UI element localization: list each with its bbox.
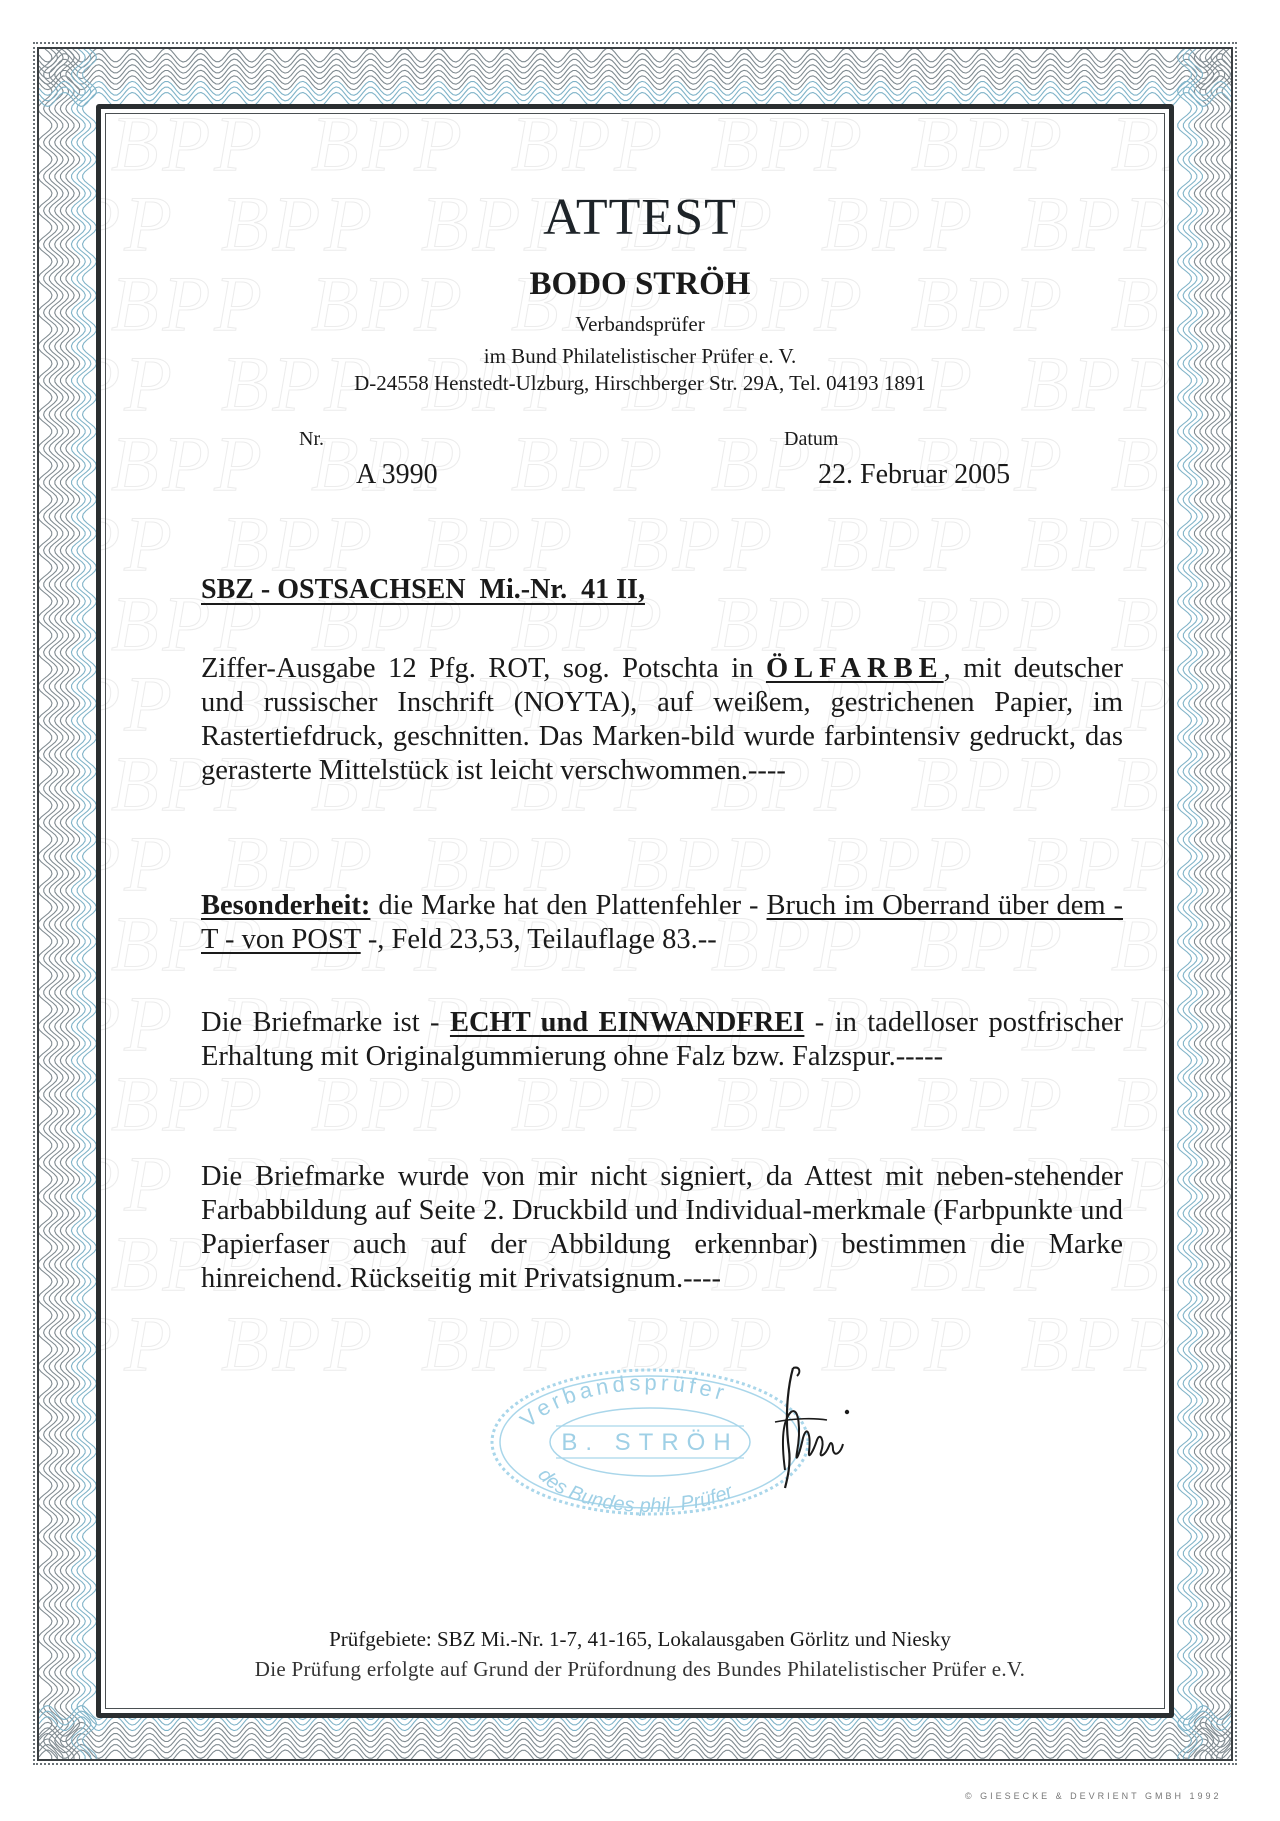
certificate-number: A 3990	[356, 459, 438, 491]
examination-areas: Prüfgebiete: SBZ Mi.-Nr. 1-7, 41-165, Lo…	[0, 1627, 1280, 1652]
document-title: ATTEST	[0, 188, 1280, 247]
handwritten-signature	[755, 1360, 875, 1495]
number-label: Nr.	[299, 428, 324, 451]
description-paragraph: Ziffer-Ausgabe 12 Pfg. ROT, sog. Potscht…	[201, 652, 1123, 788]
verdict-paragraph: Die Briefmarke ist - ECHT und EINWANDFRE…	[201, 1006, 1123, 1074]
examination-basis: Die Prüfung erfolgte auf Grund der Prüfo…	[0, 1657, 1280, 1682]
organization: im Bund Philatelistischer Prüfer e. V.	[0, 344, 1280, 369]
date-label: Datum	[784, 428, 838, 451]
examiner-role: Verbandsprüfer	[0, 312, 1280, 337]
special-feature-rest: -, Feld 23,53, Teilauflage 83.--	[361, 924, 717, 955]
svg-text:Verbandsprüfer: Verbandsprüfer	[515, 1370, 731, 1433]
certificate-content: ATTEST BODO STRÖH Verbandsprüfer im Bund…	[0, 0, 1280, 1821]
oil-color-emphasis: ÖLFARBE	[766, 653, 944, 684]
svg-text:des Bundes phil. Prüfer: des Bundes phil. Prüfer	[533, 1464, 737, 1517]
description-text: Ziffer-Ausgabe 12 Pfg. ROT, sog. Potscht…	[201, 653, 766, 684]
certificate-date: 22. Februar 2005	[818, 459, 1010, 491]
verdict-text: Die Briefmarke ist -	[201, 1007, 450, 1038]
examiner-name: BODO STRÖH	[0, 266, 1280, 303]
special-feature-paragraph: Besonderheit: die Marke hat den Plattenf…	[201, 889, 1123, 957]
svg-text:B. STRÖH: B. STRÖH	[561, 1429, 738, 1456]
printer-copyright: © GIESECKE & DEVRIENT GMBH 1992	[965, 1791, 1222, 1801]
special-feature-label: Besonderheit:	[201, 890, 370, 921]
genuine-verdict: ECHT und EINWANDFREI	[450, 1007, 804, 1038]
signature-note-paragraph: Die Briefmarke wurde von mir nicht signi…	[201, 1160, 1123, 1296]
examiner-address: D-24558 Henstedt-Ulzburg, Hirschberger S…	[0, 371, 1280, 396]
stamp-catalog-heading: SBZ - OSTSACHSEN Mi.-Nr. 41 II,	[201, 574, 645, 606]
special-feature-text: die Marke hat den Plattenfehler -	[370, 890, 766, 921]
